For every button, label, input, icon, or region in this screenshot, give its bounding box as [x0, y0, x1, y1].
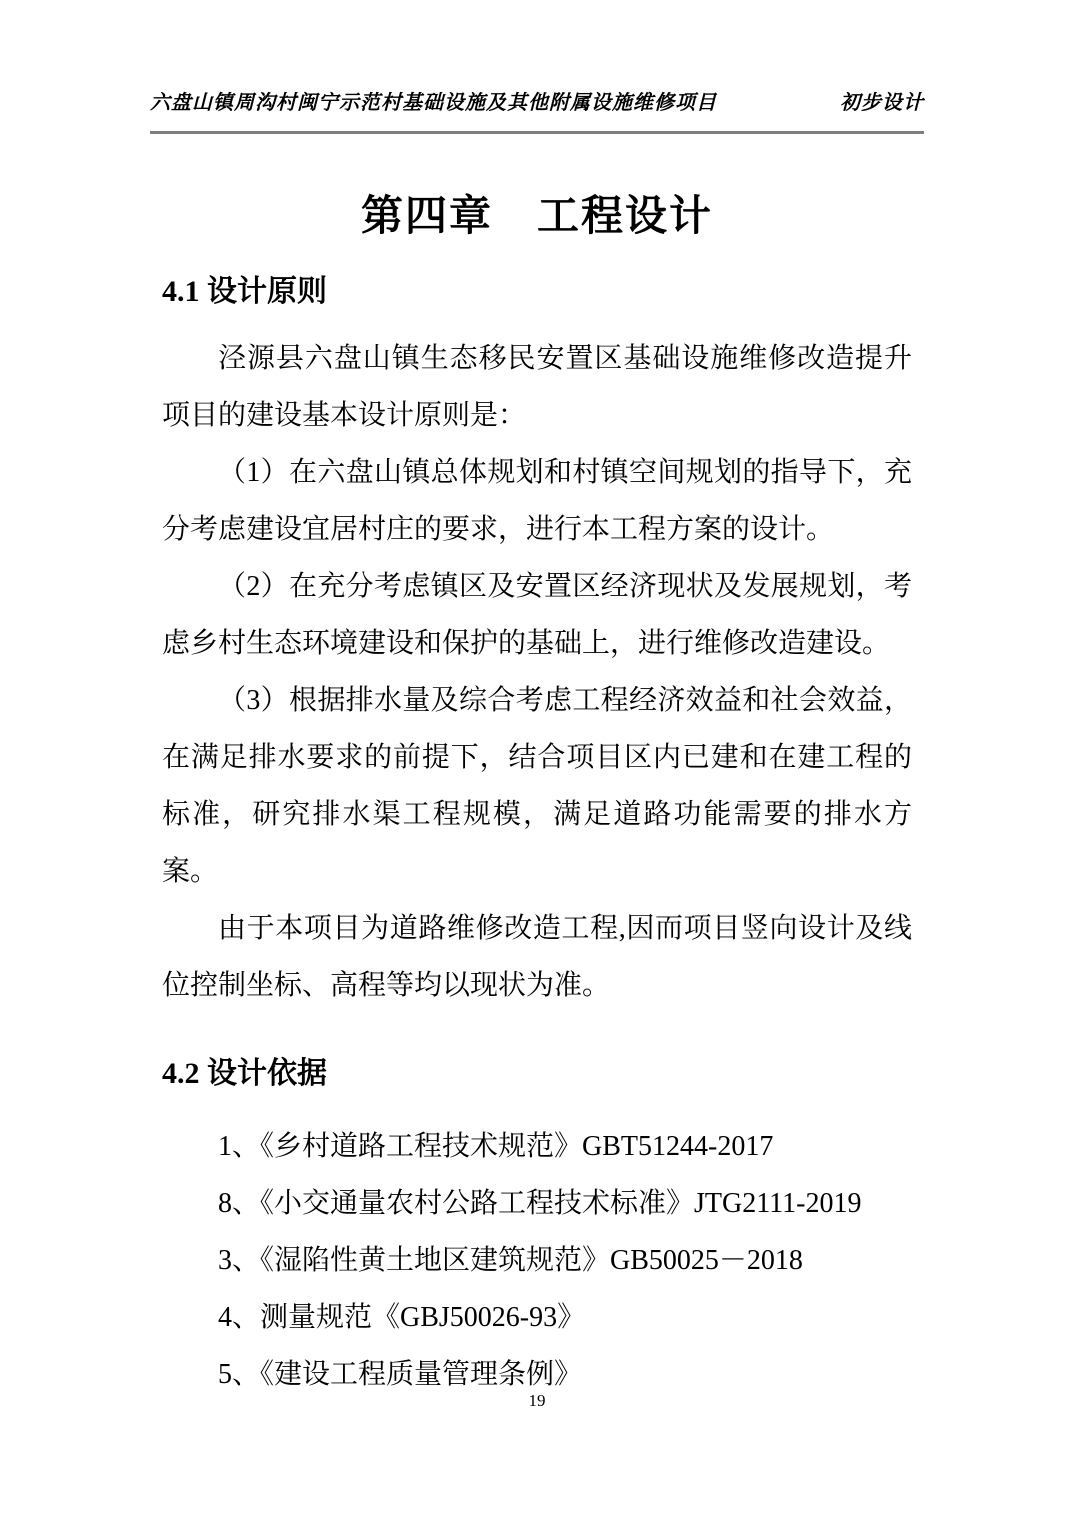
page-header: 六盘山镇周沟村闽宁示范村基础设施及其他附属设施维修项目 初步设计: [150, 86, 924, 134]
section-heading-4-2: 4.2 设计依据: [162, 1054, 912, 1094]
reference-list: 1、《乡村道路工程技术规范》GBT51244-2017 8、《小交通量农村公路工…: [162, 1118, 912, 1403]
header-stage-label: 初步设计: [840, 86, 924, 115]
paragraph: （1）在六盘山镇总体规划和村镇空间规划的指导下，充分考虑建设宜居村庄的要求，进行…: [162, 444, 912, 558]
page-number: 19: [0, 1390, 1074, 1412]
header-project-title: 六盘山镇周沟村闽宁示范村基础设施及其他附属设施维修项目: [150, 86, 717, 115]
paragraph: 泾源县六盘山镇生态移民安置区基础设施维修改造提升项目的建设基本设计原则是：: [162, 330, 912, 444]
list-item: 3、《湿陷性黄土地区建筑规范》GB50025－2018: [162, 1232, 912, 1289]
section-heading-4-1: 4.1 设计原则: [162, 272, 912, 312]
document-body: 第四章 工程设计 4.1 设计原则 泾源县六盘山镇生态移民安置区基础设施维修改造…: [162, 170, 912, 1403]
list-item: 8、《小交通量农村公路工程技术标准》JTG2111-2019: [162, 1175, 912, 1232]
chapter-title: 第四章 工程设计: [162, 188, 912, 246]
paragraph: （3）根据排水量及综合考虑工程经济效益和社会效益，在满足排水要求的前提下，结合项…: [162, 672, 912, 900]
document-page: 六盘山镇周沟村闽宁示范村基础设施及其他附属设施维修项目 初步设计 第四章 工程设…: [0, 0, 1074, 1520]
paragraph: （2）在充分考虑镇区及安置区经济现状及发展规划，考虑乡村生态环境建设和保护的基础…: [162, 558, 912, 672]
list-item: 4、测量规范《GBJ50026-93》: [162, 1289, 912, 1346]
paragraph: 由于本项目为道路维修改造工程,因而项目竖向设计及线位控制坐标、高程等均以现状为准…: [162, 900, 912, 1014]
list-item: 1、《乡村道路工程技术规范》GBT51244-2017: [162, 1118, 912, 1175]
